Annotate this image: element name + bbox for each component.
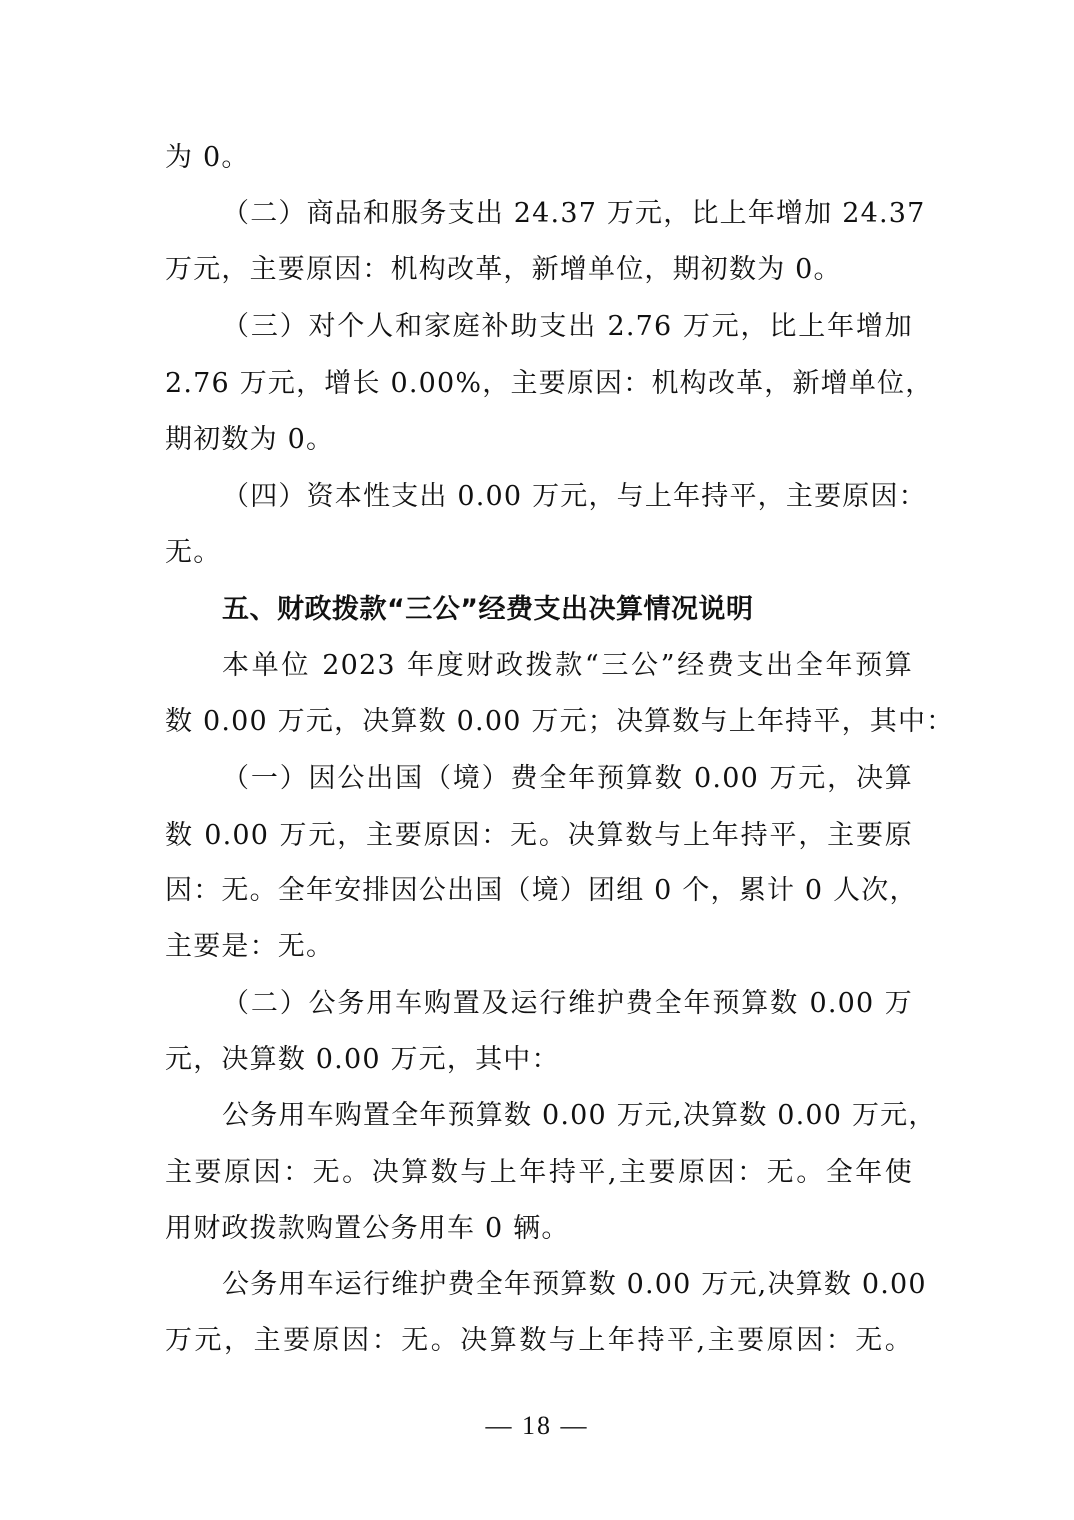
text-line: 用财政拨款购置公务用车 0 辆。 bbox=[165, 1209, 913, 1249]
text-line: （一）因公出国（境）费全年预算数 0.00 万元，决算 bbox=[222, 759, 913, 799]
text-line: （二）商品和服务支出 24.37 万元，比上年增加 24.37 bbox=[222, 194, 913, 234]
page-number: — 18 — bbox=[0, 1408, 1074, 1444]
text-line: 公务用车运行维护费全年预算数 0.00 万元,决算数 0.00 bbox=[222, 1265, 913, 1305]
document-page: 为 0。（二）商品和服务支出 24.37 万元，比上年增加 24.37万元，主要… bbox=[0, 0, 1074, 1520]
text-line: （二）公务用车购置及运行维护费全年预算数 0.00 万 bbox=[222, 984, 913, 1024]
text-line: 主要是：无。 bbox=[165, 927, 913, 967]
text-line: 主要原因：无。决算数与上年持平,主要原因：无。全年使 bbox=[165, 1153, 913, 1193]
text-line: 因：无。全年安排因公出国（境）团组 0 个，累计 0 人次， bbox=[165, 871, 913, 911]
text-line: （四）资本性支出 0.00 万元，与上年持平，主要原因： bbox=[222, 477, 913, 517]
text-line: 本单位 2023 年度财政拨款“三公”经费支出全年预算 bbox=[222, 646, 913, 686]
section-heading: 五、财政拨款“三公”经费支出决算情况说明 bbox=[222, 590, 913, 630]
text-line: 2.76 万元，增长 0.00%，主要原因：机构改革，新增单位， bbox=[165, 364, 913, 404]
text-line: 数 0.00 万元，决算数 0.00 万元；决算数与上年持平，其中： bbox=[165, 702, 913, 742]
text-line: 万元，主要原因：机构改革，新增单位，期初数为 0。 bbox=[165, 250, 913, 290]
text-line: 为 0。 bbox=[165, 138, 913, 178]
text-line: 数 0.00 万元，主要原因：无。决算数与上年持平，主要原 bbox=[165, 816, 913, 856]
text-line: 万元，主要原因：无。决算数与上年持平,主要原因：无。 bbox=[165, 1321, 913, 1361]
text-line: 公务用车购置全年预算数 0.00 万元,决算数 0.00 万元， bbox=[222, 1096, 913, 1136]
text-line: 无。 bbox=[165, 533, 913, 573]
text-line: （三）对个人和家庭补助支出 2.76 万元，比上年增加 bbox=[222, 307, 913, 347]
text-line: 期初数为 0。 bbox=[165, 420, 913, 460]
text-line: 元，决算数 0.00 万元，其中： bbox=[165, 1040, 913, 1080]
